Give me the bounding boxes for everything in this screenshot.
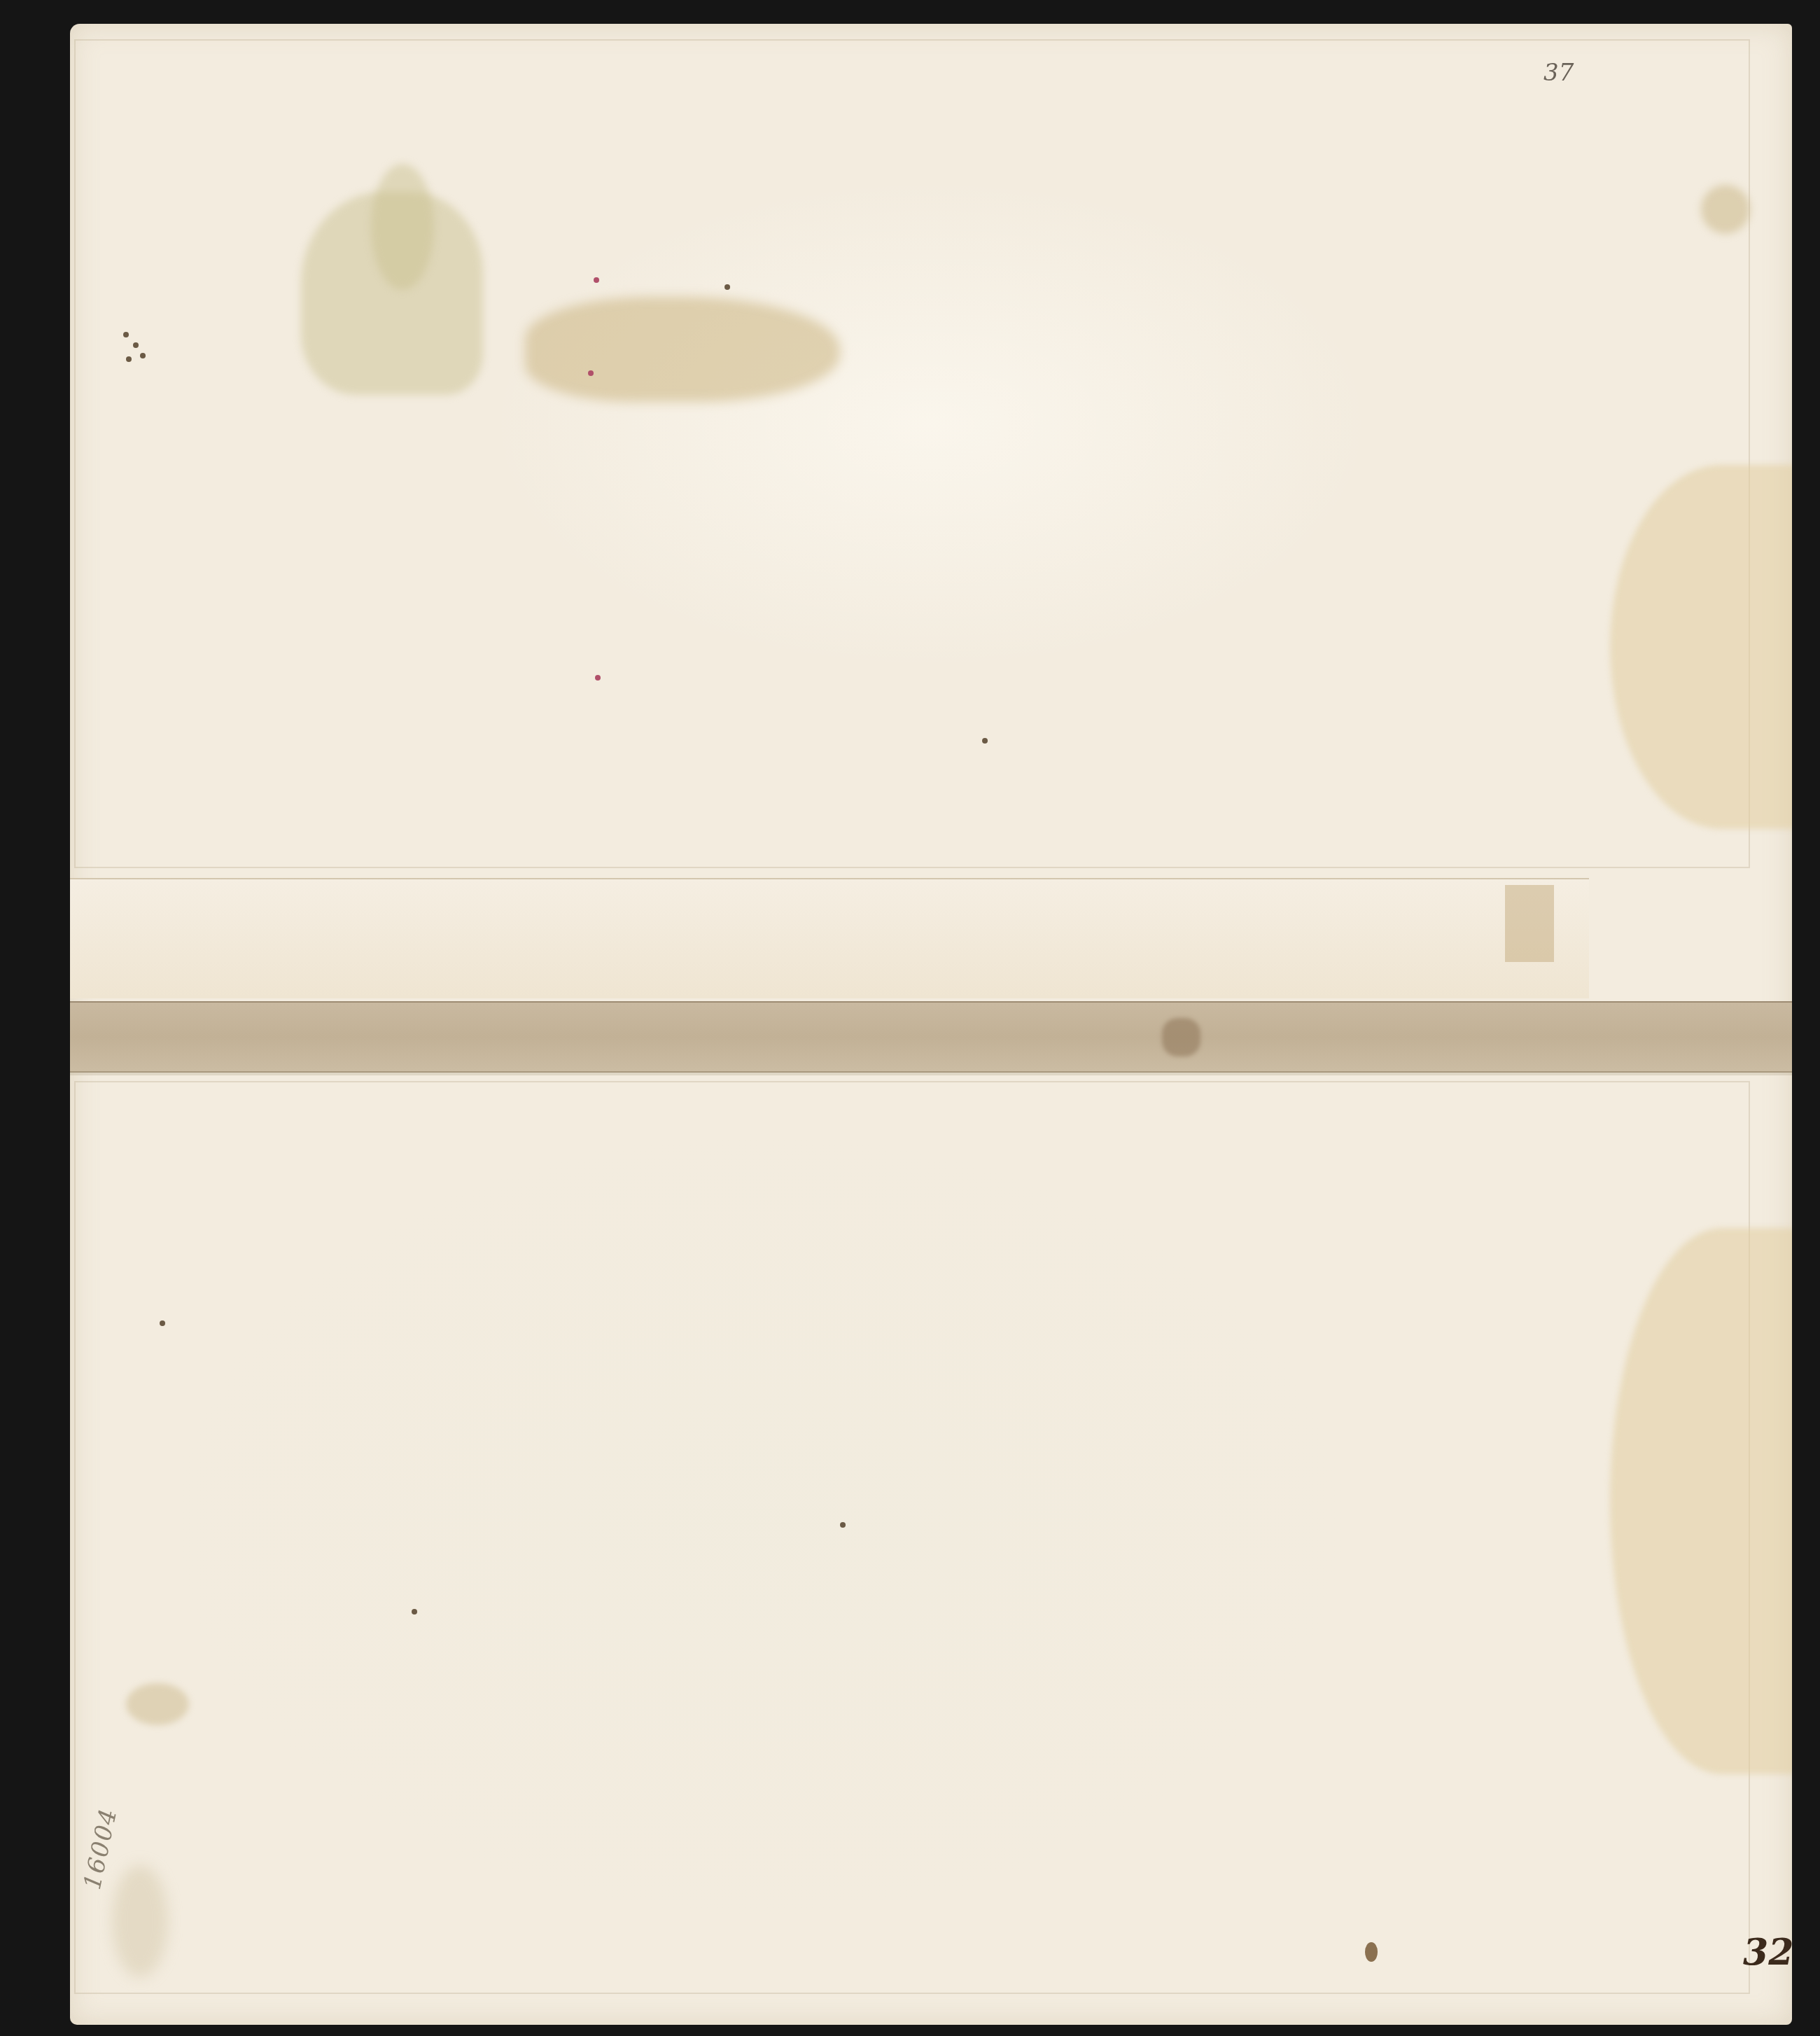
plate-mark-upper (74, 39, 1750, 868)
water-stain (371, 164, 434, 290)
ink-speck (1365, 1942, 1378, 1962)
flap-corner-stain (1505, 885, 1554, 962)
ink-speck (982, 738, 988, 744)
ink-speck (126, 356, 132, 362)
ink-speck (133, 342, 139, 348)
folio-number-bottom: 32 (1743, 1931, 1792, 1974)
ink-speck (412, 1609, 417, 1615)
ink-speck (123, 332, 129, 337)
red-speck (594, 277, 599, 283)
hinge-tape-band (70, 1001, 1792, 1073)
water-stain (525, 297, 840, 402)
plate-mark-lower (74, 1081, 1750, 1994)
red-speck (588, 370, 594, 376)
foxing-spot (1701, 185, 1750, 234)
ink-speck (160, 1320, 165, 1326)
red-speck (595, 675, 601, 681)
foxing-spot (126, 1683, 189, 1725)
folded-flap (70, 878, 1589, 998)
ink-speck (140, 353, 146, 358)
foxing-spot (112, 1865, 168, 1977)
fold-crease (70, 1071, 1792, 1075)
folio-number-top: 37 (1543, 59, 1574, 87)
paper-sheet: 37 32 16004 (70, 24, 1792, 2025)
tape-stain (1162, 1018, 1200, 1057)
ink-speck (724, 284, 730, 290)
ink-speck (840, 1522, 846, 1528)
